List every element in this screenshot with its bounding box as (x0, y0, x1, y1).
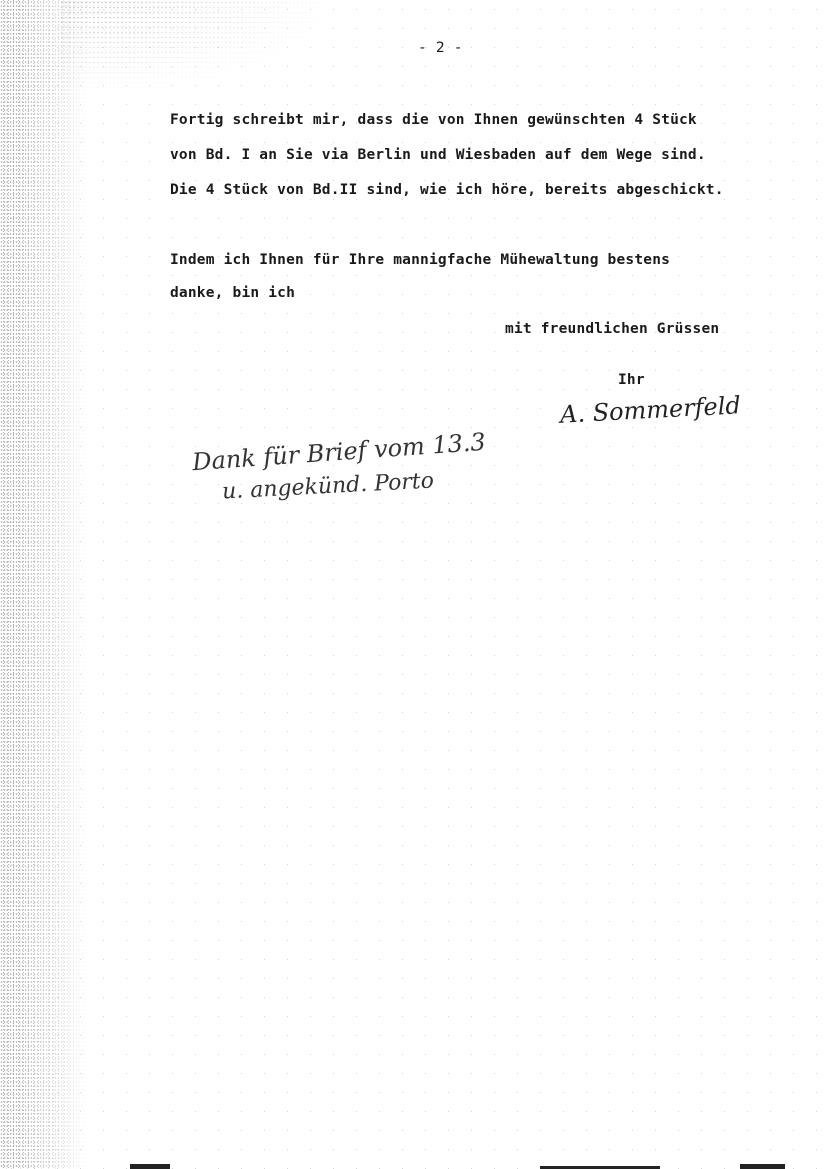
body-line: Fortig schreibt mir, dass die von Ihnen … (170, 112, 697, 128)
scan-edge-noise (0, 0, 90, 1169)
scan-smudge (740, 1164, 785, 1169)
page-number: - 2 - (418, 40, 463, 56)
scan-smudge (130, 1164, 170, 1169)
body-line: danke, bin ich (170, 285, 295, 301)
closing-phrase: mit freundlichen Grüssen (505, 321, 719, 337)
body-line: von Bd. I an Sie via Berlin und Wiesbade… (170, 147, 706, 163)
document-page: - 2 - Fortig schreibt mir, dass die von … (0, 0, 831, 1169)
scan-corner-noise (60, 0, 320, 90)
scan-noise (0, 0, 831, 1169)
body-line: Die 4 Stück von Bd.II sind, wie ich höre… (170, 182, 724, 198)
body-line: Indem ich Ihnen für Ihre mannigfache Müh… (170, 252, 670, 268)
salutation: Ihr (618, 372, 645, 388)
